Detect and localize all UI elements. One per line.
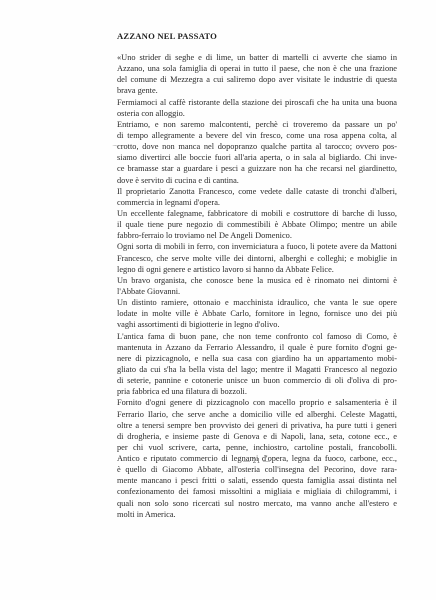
text-line: Fermiamoci al caffè ristorante della sta… [117,97,397,108]
text-line: del comune di Mezzegra a cui saliremo do… [117,74,397,85]
text-line: legno di ogni genere e artistico lavoro … [117,264,397,275]
text-line: commercia in legnami d'opera. [117,197,397,208]
text-line: siamo divertirci alle boccie fuori all'a… [117,152,397,163]
page-number: — 21 — [243,457,271,465]
text-line: Il proprietario Zanotta Francesco, come … [117,186,397,197]
text-line: nere di pizzicagnolo, e nella sua casa c… [117,353,397,364]
text-line: di seterie, pannine e cotonerie unisce u… [117,375,397,386]
text-line: quali non solo sono ricercati sul nostro… [117,498,397,509]
text-line: mantenuta in Azzano da Ferrario Alessand… [117,342,397,353]
body-text: «Uno strider di seghe e di lime, un batt… [117,52,397,520]
text-line: «Uno strider di seghe e di lime, un batt… [117,52,397,63]
text-line: fabbro-ferraio lo troviamo nel De Angeli… [117,230,397,241]
text-line: Un eccellente falegname, fabbricatore di… [117,208,397,219]
text-line: pria fabbrica ed una filatura di bozzoli… [117,386,397,397]
text-line: per chi vuol scrivere, carta, penne, inc… [117,442,397,453]
text-line: osteria con alloggio. [117,108,397,119]
text-line: di tempo allegramente a bevere del vin f… [117,130,397,141]
text-line: oltre a tenersi sempre ben provvisto dei… [117,420,397,431]
text-line: Ogni sorta di mobili in ferro, con inver… [117,241,397,252]
text-line: L'antica fama di buon pane, che non teme… [117,331,397,342]
text-line: Francesco, che serve molte ville dei din… [117,253,397,264]
text-line: vaghi assortimenti di bigiotterie in leg… [117,319,397,330]
document-page: AZZANO NEL PASSATO «Uno strider di seghe… [0,0,436,600]
page-title: AZZANO NEL PASSATO [117,31,217,41]
text-line: ce bramasse star a guardare i pesci a gu… [117,163,397,174]
text-line: Ferrario Ilario, che serve anche a domic… [117,409,397,420]
text-line: crotto, dove non manca nel dopopranzo qu… [117,141,397,152]
text-line: brava gente. [117,85,397,96]
text-line: Azzano, una sola famiglia di operai in t… [117,63,397,74]
text-line: lodate in molte ville è Abbate Carlo, fo… [117,308,397,319]
text-line: dove è servito di cucina e di cantina. [117,175,397,186]
text-line: confezionamento dei famosi missoltini a … [117,486,397,497]
text-line: Un distinto ramiere, ottonaio e macchini… [117,297,397,308]
text-line: mente mancano i pesci fritti o salati, e… [117,475,397,486]
text-line: Entriamo, e non saremo malcontenti, perc… [117,119,397,130]
text-line: di drogheria, e insieme paste di Genova … [117,431,397,442]
text-line: Un bravo organista, che conosce bene la … [117,275,397,286]
text-line: il quale tiene pure negozio di commestib… [117,219,397,230]
text-line: Fornito d'ogni genere di pizzicagnolo co… [117,397,397,408]
text-line: è quello di Giacomo Abbate, all'osteria … [117,464,397,475]
text-line: molti in America. [117,509,397,520]
text-line: gliato da cui s'ha la bella vista del la… [117,364,397,375]
text-line: l'Abbate Giovanni. [117,286,397,297]
